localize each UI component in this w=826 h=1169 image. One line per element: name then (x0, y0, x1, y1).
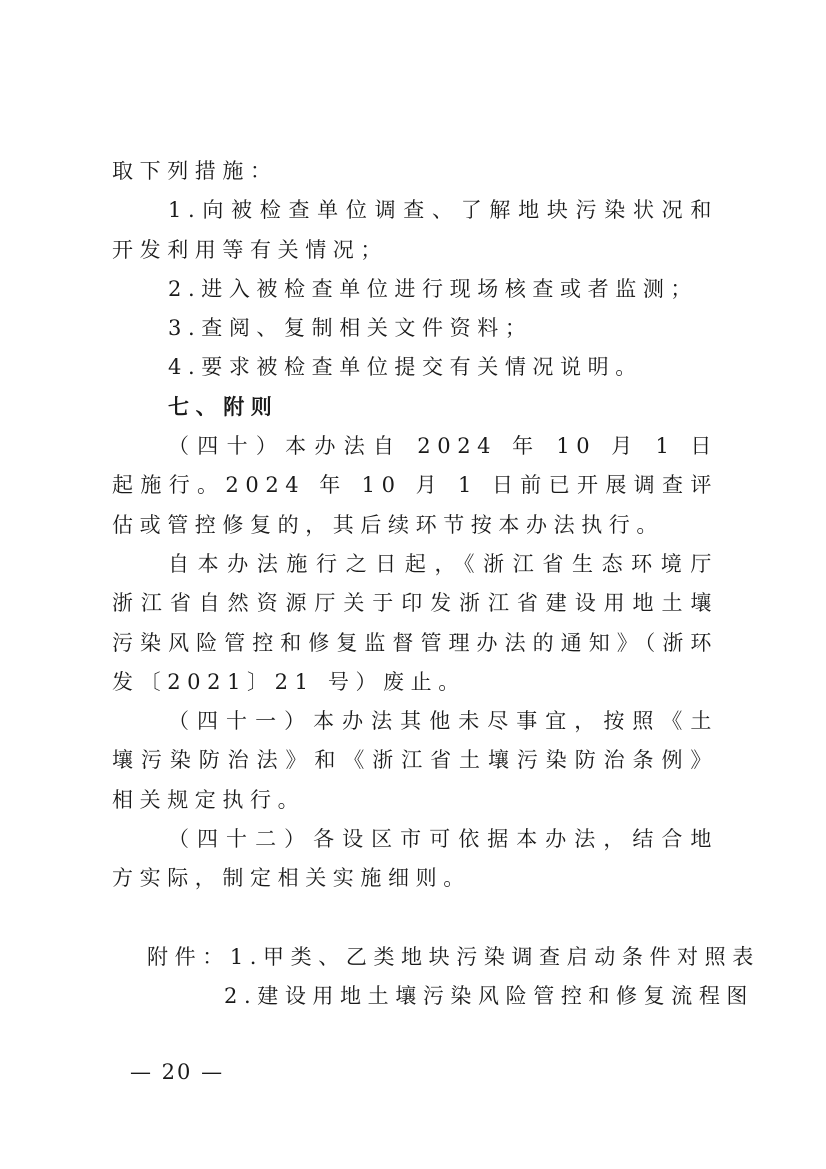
attachment-1-text: 1.甲类、乙类地块污染调查启动条件对照表 (230, 945, 760, 969)
article-40: （四十）本办法自 2024 年 10 月 1 日起施行。2024 年 10 月 … (112, 427, 718, 545)
spacer (112, 899, 718, 938)
document-page: 取下列措施： 1.向被检查单位调查、了解地块污染状况和开发利用等有关情况； 2.… (0, 0, 826, 1169)
attachments-block: 附件：1.甲类、乙类地块污染调查启动条件对照表 2.建设用地土壤污染风险管控和修… (112, 938, 718, 1017)
section-heading: 七、附则 (112, 388, 718, 427)
attachments-label: 附件： (147, 945, 230, 969)
page-number: — 20 — (130, 1060, 224, 1084)
attachment-item-1: 附件：1.甲类、乙类地块污染调查启动条件对照表 (112, 938, 718, 977)
article-repeal: 自本办法施行之日起，《浙江省生态环境厅 浙江省自然资源厅关于印发浙江省建设用地土… (112, 545, 718, 702)
paragraph-measure-4: 4.要求被检查单位提交有关情况说明。 (112, 348, 718, 387)
paragraph-measure-1: 1.向被检查单位调查、了解地块污染状况和开发利用等有关情况； (112, 191, 718, 270)
paragraph-measure-3: 3.查阅、复制相关文件资料； (112, 309, 718, 348)
attachment-2-text: 2.建设用地土壤污染风险管控和修复流程图 (224, 984, 754, 1008)
document-body: 取下列措施： 1.向被检查单位调查、了解地块污染状况和开发利用等有关情况； 2.… (112, 152, 718, 1016)
article-42: （四十二）各设区市可依据本办法，结合地方实际，制定相关实施细则。 (112, 820, 718, 899)
article-41: （四十一）本办法其他未尽事宜，按照《土壤污染防治法》和《浙江省土壤污染防治条例》… (112, 702, 718, 820)
attachment-item-2: 2.建设用地土壤污染风险管控和修复流程图 (112, 977, 718, 1016)
paragraph-measure-2: 2.进入被检查单位进行现场核查或者监测； (112, 270, 718, 309)
paragraph-intro: 取下列措施： (112, 152, 718, 191)
